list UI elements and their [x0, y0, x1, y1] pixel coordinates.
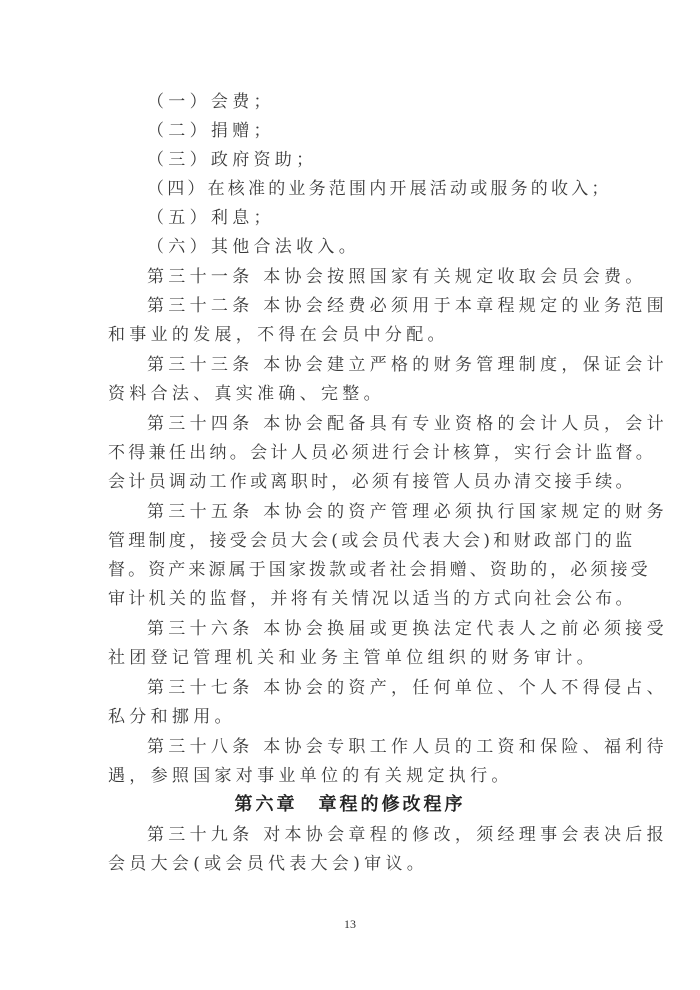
article-39-cont: 会员大会(或会员代表大会)审议。	[108, 854, 594, 874]
article-32: 第三十二条 本协会经费必须用于本章程规定的业务范围	[147, 296, 594, 316]
article-38-cont: 遇，参照国家对事业单位的有关规定执行。	[108, 766, 594, 786]
article-33-cont: 资料合法、真实准确、完整。	[108, 384, 594, 404]
list-item: （五）利息；	[147, 208, 594, 228]
list-item: （一）会费；	[147, 92, 594, 112]
article-37-cont: 私分和挪用。	[108, 707, 594, 727]
list-item: （二）捐赠；	[147, 121, 594, 141]
article-35-cont: 审计机关的监督，并将有关情况以适当的方式向社会公布。	[108, 589, 594, 609]
article-37: 第三十七条 本协会的资产，任何单位、个人不得侵占、	[147, 678, 594, 698]
article-36: 第三十六条 本协会换届或更换法定代表人之前必须接受	[147, 619, 594, 639]
page-number: 13	[0, 917, 700, 932]
article-35-cont: 督。资产来源属于国家拨款或者社会捐赠、资助的，必须接受	[108, 560, 594, 580]
article-32-cont: 和事业的发展，不得在会员中分配。	[108, 325, 594, 345]
list-item: （六）其他合法收入。	[147, 237, 594, 257]
chapter-heading: 第六章 章程的修改程序	[0, 795, 700, 815]
list-item: （三）政府资助；	[147, 150, 594, 170]
article-35: 第三十五条 本协会的资产管理必须执行国家规定的财务	[147, 502, 594, 522]
document-page: （一）会费； （二）捐赠； （三）政府资助； （四）在核准的业务范围内开展活动或…	[0, 0, 700, 990]
list-item: （四）在核准的业务范围内开展活动或服务的收入；	[147, 179, 594, 199]
article-31: 第三十一条 本协会按照国家有关规定收取会员会费。	[147, 267, 594, 287]
article-35-cont: 管理制度，接受会员大会(或会员代表大会)和财政部门的监	[108, 531, 594, 551]
article-39: 第三十九条 对本协会章程的修改，须经理事会表决后报	[147, 825, 594, 845]
article-34-cont: 不得兼任出纳。会计人员必须进行会计核算，实行会计监督。	[108, 443, 594, 463]
article-36-cont: 社团登记管理机关和业务主管单位组织的财务审计。	[108, 648, 594, 668]
article-34-cont: 会计员调动工作或离职时，必须有接管人员办清交接手续。	[108, 472, 594, 492]
article-38: 第三十八条 本协会专职工作人员的工资和保险、福利待	[147, 737, 594, 757]
article-34: 第三十四条 本协会配备具有专业资格的会计人员，会计	[147, 414, 594, 434]
article-33: 第三十三条 本协会建立严格的财务管理制度，保证会计	[147, 355, 594, 375]
